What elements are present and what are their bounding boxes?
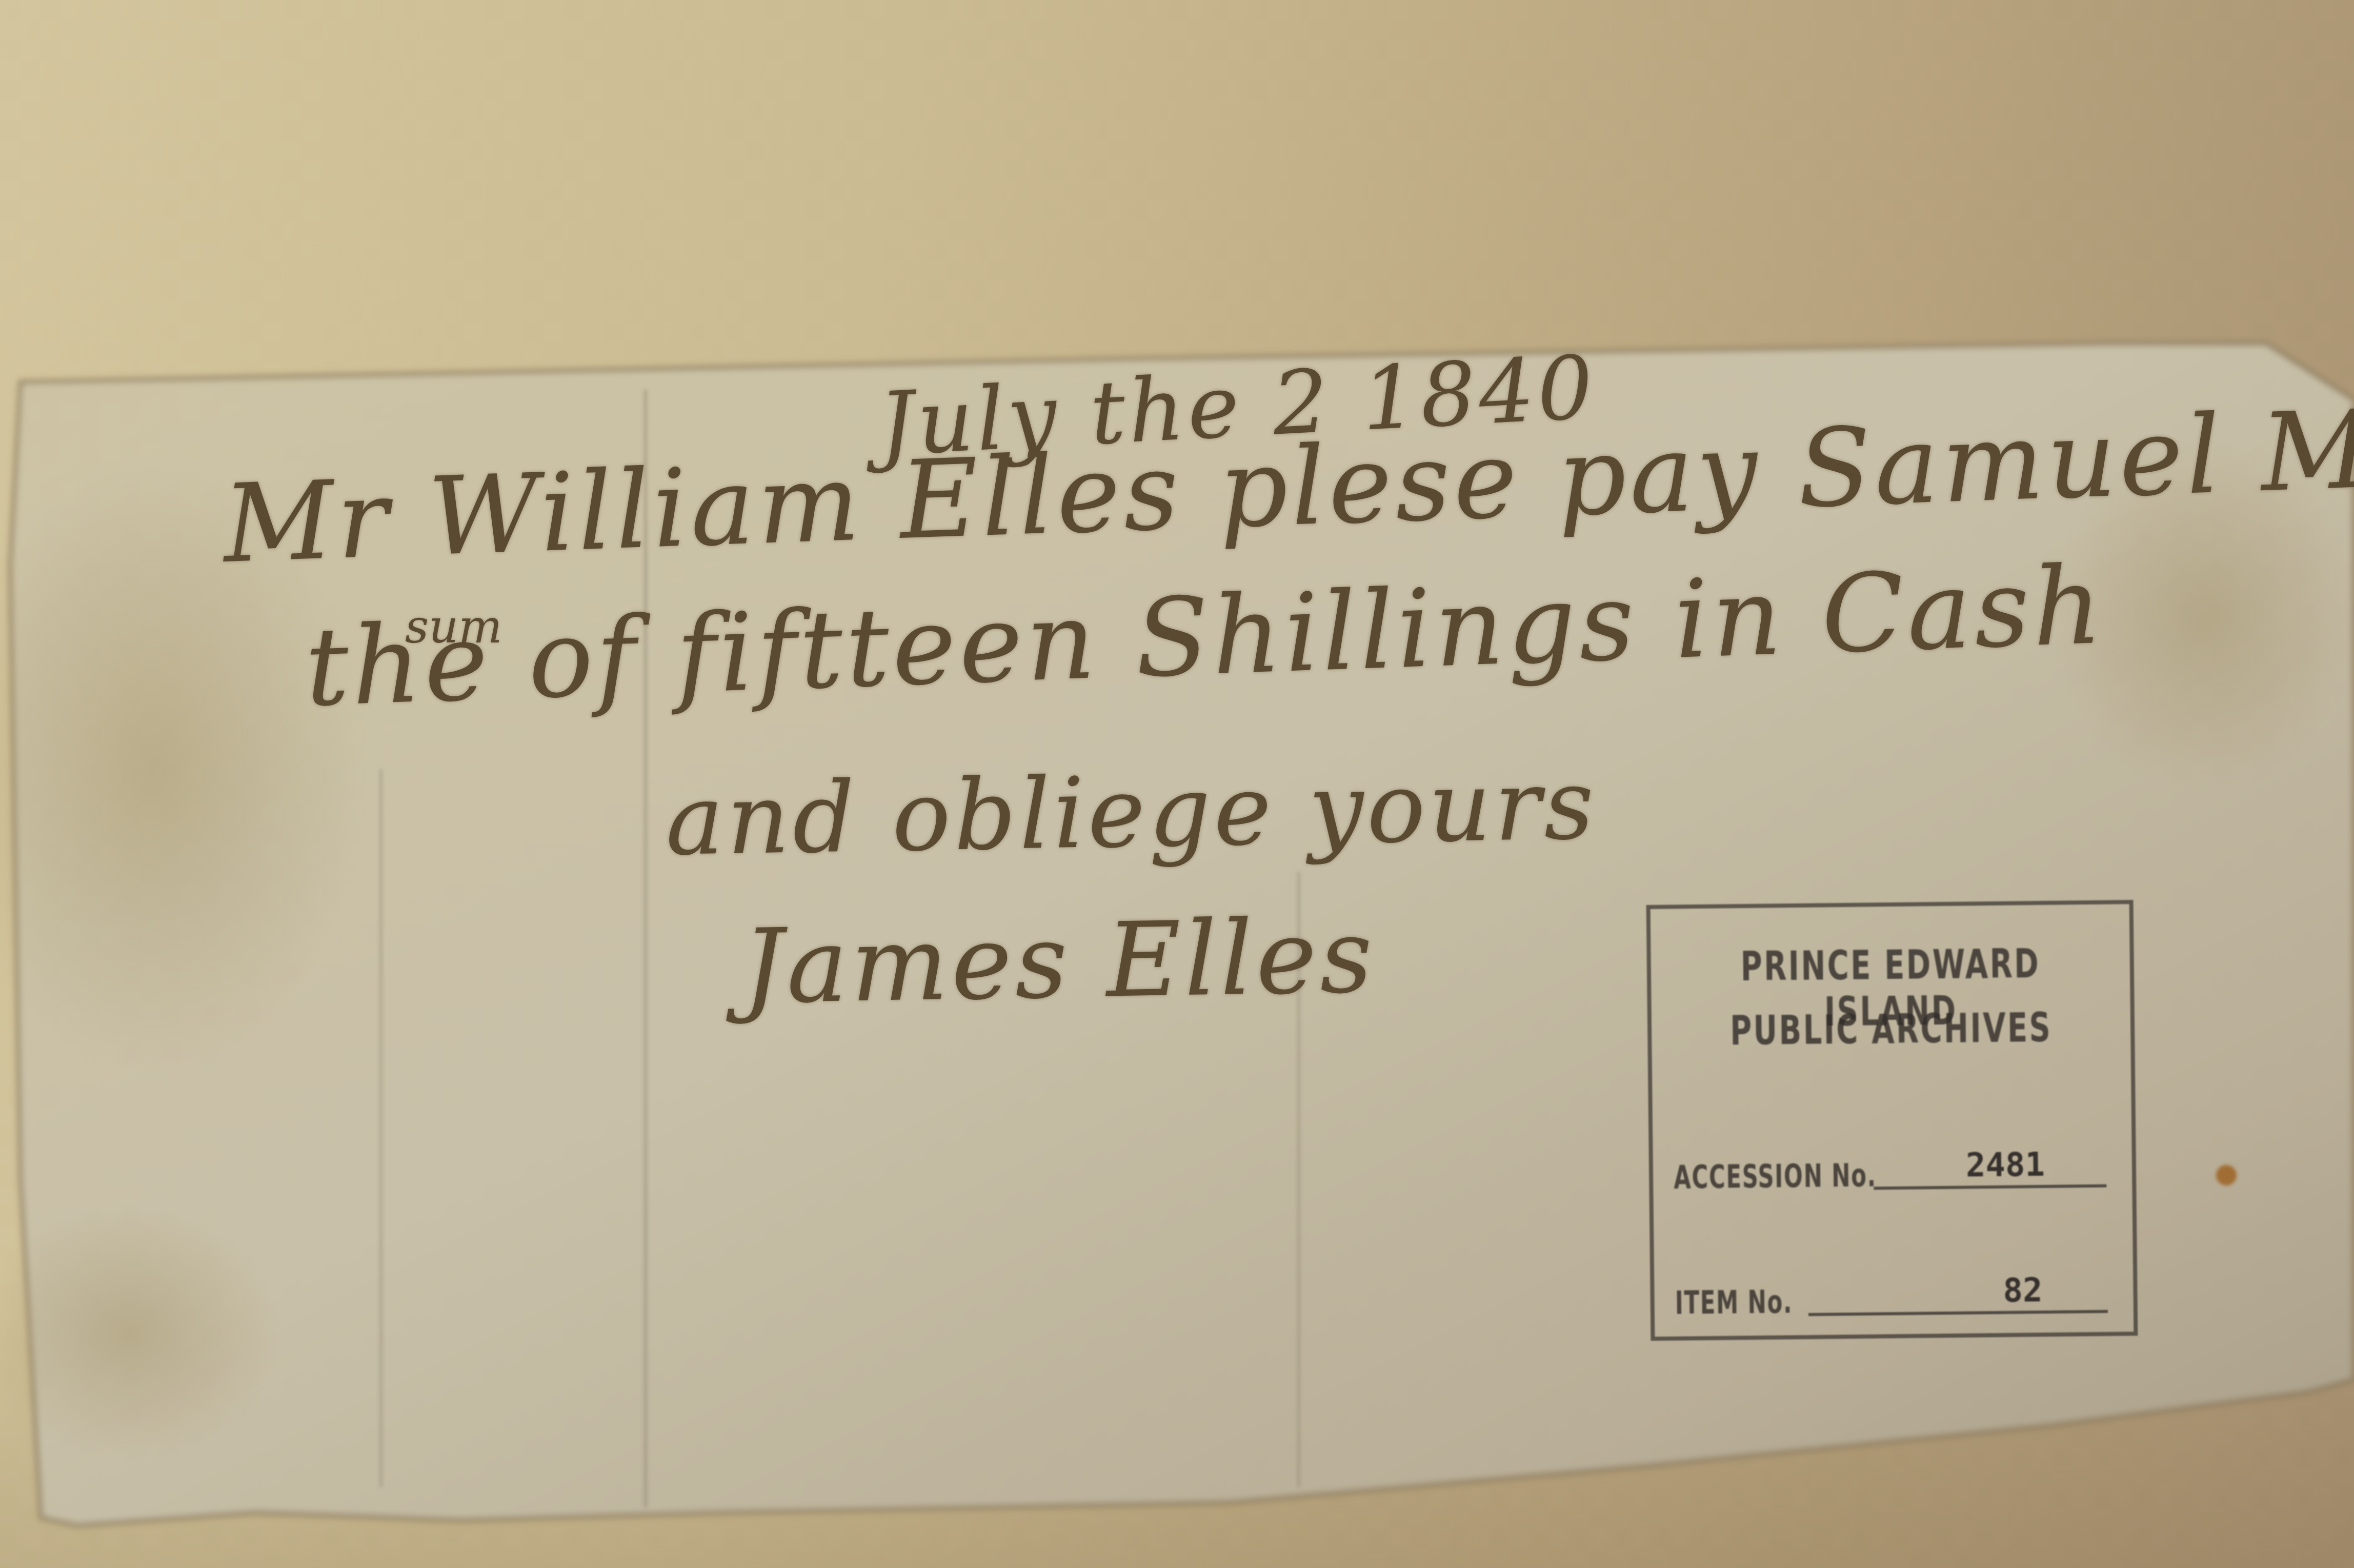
accession-label: ACCESSION No. [1674, 1156, 1877, 1196]
handwritten-line-closing: and obliege yours [665, 748, 1598, 877]
item-underline [1808, 1310, 2108, 1316]
item-label: ITEM No. [1675, 1283, 1793, 1321]
accession-underline [1874, 1184, 2106, 1190]
item-value: 82 [2003, 1272, 2043, 1310]
stamp-item-row: ITEM No. 82 [1675, 1271, 2113, 1327]
accession-value: 2481 [1966, 1146, 2045, 1185]
fold-crease [379, 769, 383, 1487]
stamp-accession-row: ACCESSION No. 2481 [1674, 1145, 2112, 1201]
archives-stamp: PRINCE EDWARD ISLAND PUBLIC ARCHIVES ACC… [1646, 900, 2138, 1341]
handwritten-signature: James Elles [741, 896, 1376, 1027]
stain-dot [2216, 1165, 2237, 1185]
stamp-title-line2: PUBLIC ARCHIVES [1695, 1004, 2088, 1055]
